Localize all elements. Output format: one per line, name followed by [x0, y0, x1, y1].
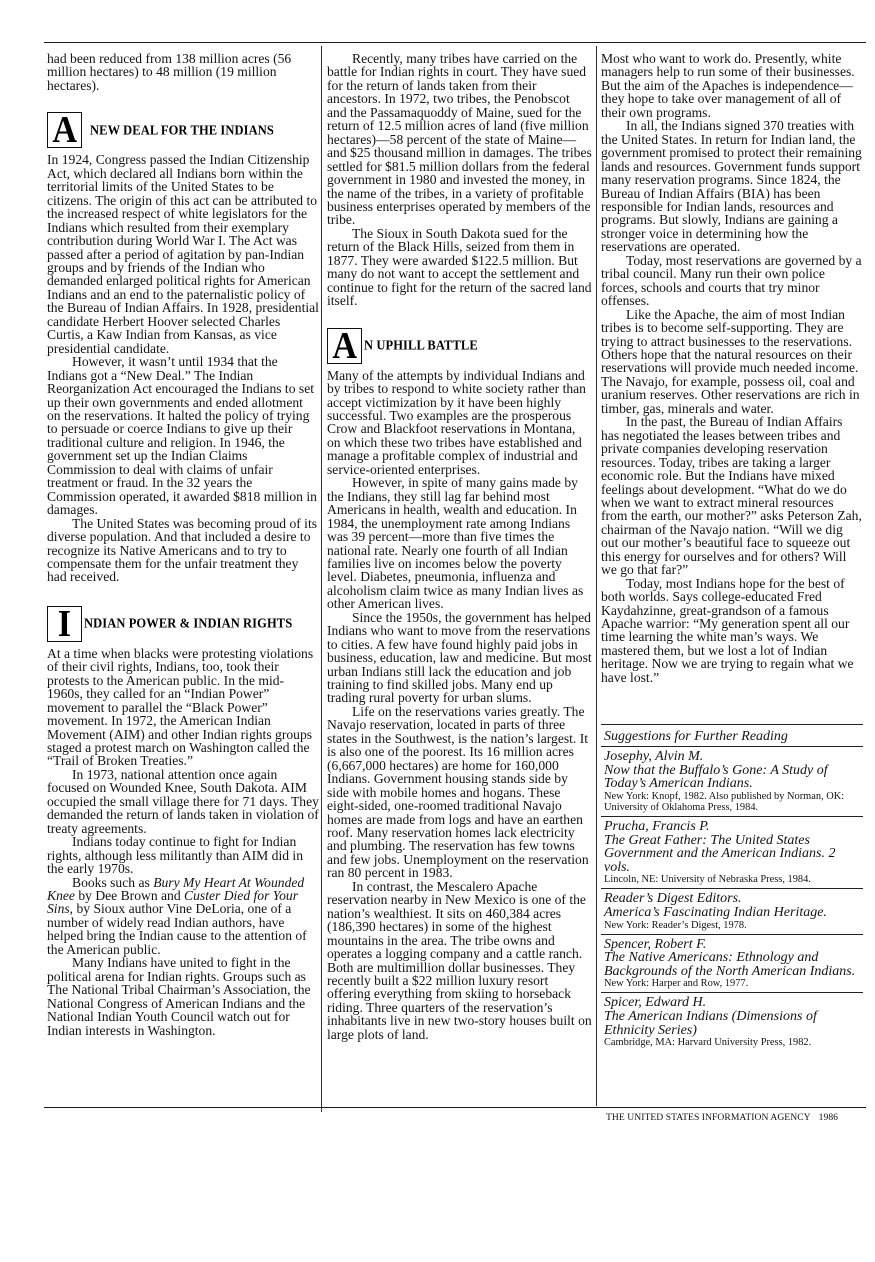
- entry-publication: New York: Knopf, 1982. Also published by…: [604, 791, 863, 813]
- reading-entry: Reader’s Digest Editors. America’s Fasci…: [601, 889, 863, 934]
- column-left: had been reduced from 138 million acres …: [47, 52, 319, 1037]
- section-heading-new-deal: A NEW DEAL FOR THE INDIANS: [47, 112, 319, 148]
- entry-book-title: The Great Father: The United States Gove…: [604, 834, 863, 875]
- drop-cap-letter: A: [52, 113, 77, 147]
- paragraph: The United States was becoming proud of …: [47, 517, 319, 584]
- column-divider-left: [321, 46, 322, 1112]
- paragraph: Like the Apache, the aim of most Indian …: [601, 308, 863, 416]
- section-title: NDIAN POWER & INDIAN RIGHTS: [84, 617, 292, 632]
- paragraph: In the past, the Bureau of Indian Affair…: [601, 415, 863, 576]
- footer-year: 1986: [819, 1112, 838, 1123]
- paragraph: At a time when blacks were protesting vi…: [47, 647, 319, 768]
- entry-book-title: The Native Americans: Ethnology and Back…: [604, 951, 863, 978]
- drop-cap-letter: I: [58, 607, 71, 641]
- paragraph: Most who want to work do. Presently, whi…: [601, 52, 863, 119]
- entry-publication: New York: Reader’s Digest, 1978.: [604, 920, 863, 931]
- paragraph: In all, the Indians signed 370 treaties …: [601, 119, 863, 254]
- paragraph: Today, most reservations are governed by…: [601, 254, 863, 308]
- footer-credit: THE UNITED STATES INFORMATION AGENCY1986: [606, 1112, 838, 1123]
- drop-cap-letter: A: [332, 329, 357, 363]
- reading-entry: Spencer, Robert F. The Native Americans:…: [601, 935, 863, 994]
- paragraph: Many Indians have united to fight in the…: [47, 956, 319, 1037]
- paragraph: Since the 1950s, the government has help…: [327, 611, 592, 705]
- entry-author: Spicer, Edward H.: [604, 996, 863, 1010]
- footer-agency: THE UNITED STATES INFORMATION AGENCY: [606, 1112, 811, 1123]
- entry-publication: Lincoln, NE: University of Nebraska Pres…: [604, 874, 863, 885]
- books-paragraph: Books such as Bury My Heart At Wounded K…: [47, 876, 319, 957]
- column-middle: Recently, many tribes have carried on th…: [327, 52, 592, 1041]
- document-page: had been reduced from 138 million acres …: [0, 0, 875, 1262]
- entry-author: Prucha, Francis P.: [604, 820, 863, 834]
- reading-entry: Prucha, Francis P. The Great Father: The…: [601, 817, 863, 889]
- entry-author: Josephy, Alvin M.: [604, 750, 863, 764]
- entry-author: Reader’s Digest Editors.: [604, 892, 863, 906]
- entry-book-title: Now that the Buffalo’s Gone: A Study of …: [604, 764, 863, 791]
- section-heading-indian-power: I NDIAN POWER & INDIAN RIGHTS: [47, 606, 319, 642]
- drop-cap-box: I: [47, 606, 82, 642]
- entry-author: Spencer, Robert F.: [604, 938, 863, 952]
- paragraph: Many of the attempts by individual India…: [327, 369, 592, 477]
- drop-cap-box: A: [47, 112, 82, 148]
- paragraph: Indians today continue to fight for Indi…: [47, 835, 319, 875]
- paragraph: Today, most Indians hope for the best of…: [601, 577, 863, 685]
- paragraph: However, it wasn’t until 1934 that the I…: [47, 355, 319, 516]
- reading-entry: Josephy, Alvin M. Now that the Buffalo’s…: [601, 747, 863, 817]
- paragraph: However, in spite of many gains made by …: [327, 476, 592, 611]
- paragraph: The Sioux in South Dakota sued for the r…: [327, 227, 592, 308]
- entry-publication: New York: Harper and Row, 1977.: [604, 978, 863, 989]
- entry-book-title: America’s Fascinating Indian Heritage.: [604, 906, 863, 920]
- paragraph: Recently, many tribes have carried on th…: [327, 52, 592, 227]
- text-run: , by Sioux author Vine DeLoria, one of a…: [47, 901, 307, 956]
- paragraph: In 1924, Congress passed the Indian Citi…: [47, 153, 319, 355]
- bottom-rule: [44, 1107, 866, 1108]
- entry-publication: Cambridge, MA: Harvard University Press,…: [604, 1037, 863, 1048]
- section-title: NEW DEAL FOR THE INDIANS: [90, 123, 274, 138]
- section-title: N UPHILL BATTLE: [364, 338, 478, 353]
- column-right: Most who want to work do. Presently, whi…: [601, 52, 863, 1051]
- paragraph: Life on the reservations varies greatly.…: [327, 705, 592, 880]
- intro-paragraph: had been reduced from 138 million acres …: [47, 52, 319, 92]
- entry-book-title: The American Indians (Dimensions of Ethn…: [604, 1010, 863, 1037]
- top-rule: [44, 42, 866, 43]
- further-reading-title: Suggestions for Further Reading: [601, 725, 863, 747]
- paragraph: In 1973, national attention once again f…: [47, 768, 319, 835]
- further-reading-box: Suggestions for Further Reading Josephy,…: [601, 724, 863, 1051]
- paragraph: In contrast, the Mescalero Apache reserv…: [327, 880, 592, 1041]
- column-divider-right: [596, 46, 597, 1106]
- drop-cap-box: A: [327, 328, 362, 364]
- section-heading-uphill-battle: A N UPHILL BATTLE: [327, 328, 592, 364]
- reading-entry: Spicer, Edward H. The American Indians (…: [601, 993, 863, 1051]
